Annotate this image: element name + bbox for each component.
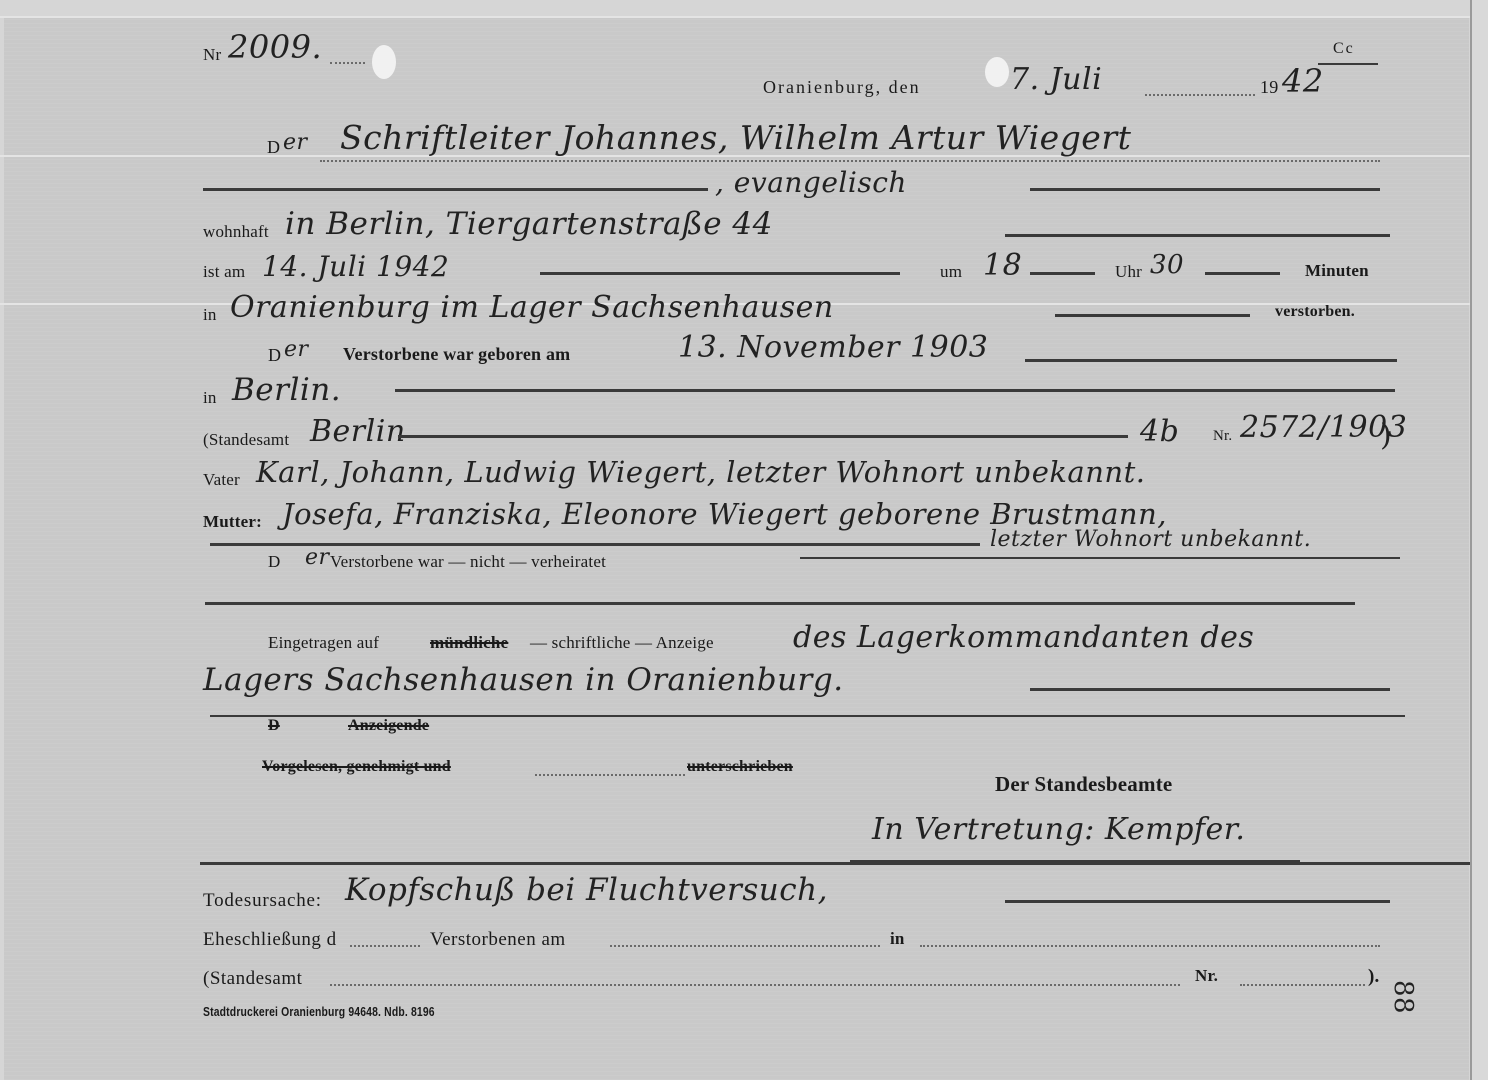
standesamt-label: (Standesamt xyxy=(203,430,289,450)
minuten-label: Minuten xyxy=(1305,261,1369,281)
dotted-line xyxy=(1145,94,1255,96)
rule xyxy=(1030,688,1390,691)
standesamt-district: 4b xyxy=(1140,414,1179,449)
dotted-line xyxy=(920,945,1380,947)
rule xyxy=(1030,188,1380,191)
eheschliessung-mid: Verstorbenen am xyxy=(430,929,566,951)
vorgelesen-label: Vorgelesen, genehmigt und xyxy=(262,758,451,776)
ist-am-label: ist am xyxy=(203,262,245,282)
anzeigende-d: D xyxy=(268,717,280,735)
todesursache-value: Kopfschuß bei Fluchtversuch, xyxy=(345,872,828,908)
mutter-label: Mutter: xyxy=(203,512,262,532)
religion: , evangelisch xyxy=(715,166,907,199)
deceased-name: Schriftleiter Johannes, Wilhelm Artur Wi… xyxy=(340,118,1131,157)
year-prefix: 19 xyxy=(1260,77,1278,98)
rule xyxy=(1318,63,1378,65)
signature: In Vertretung: Kempfer. xyxy=(872,812,1245,847)
rule xyxy=(1005,900,1390,903)
anzeige-value-1: des Lagerkommandanten des xyxy=(793,620,1254,655)
punch-hole xyxy=(985,57,1009,87)
dotted-line xyxy=(535,774,685,776)
rule xyxy=(395,389,1395,392)
printer-note: Stadtdruckerei Oranienburg 94648. Ndb. 8… xyxy=(203,1004,435,1019)
rule xyxy=(1030,272,1095,275)
dotted-line xyxy=(350,945,420,947)
um-label: um xyxy=(940,262,962,282)
card-edge xyxy=(1470,0,1488,1080)
nr-label: Nr xyxy=(203,45,221,65)
birth-date: 13. November 1903 xyxy=(678,330,988,365)
mutter-value: Josefa, Franziska, Eleonore Wiegert gebo… xyxy=(282,497,1167,531)
todesursache-label: Todesursache: xyxy=(203,890,322,912)
standesbeamte-label: Der Standesbeamte xyxy=(995,772,1172,797)
rule xyxy=(1205,272,1280,275)
date-value: 7. Juli xyxy=(1010,62,1102,97)
anzeigende-label: Anzeigende xyxy=(348,717,429,735)
birth-in-label: in xyxy=(203,388,217,408)
section-divider xyxy=(200,862,1470,865)
dotted-line xyxy=(1240,984,1365,986)
nr-value: 2009. xyxy=(228,28,322,66)
rule xyxy=(1005,234,1390,237)
standesamt2-nr: Nr. xyxy=(1195,966,1218,986)
death-place: Oranienburg im Lager Sachsenhausen xyxy=(230,290,834,325)
birth-place: Berlin. xyxy=(232,372,341,408)
place-date-label: Oranienburg, den xyxy=(763,77,921,98)
unterschrieben-label: unterschrieben xyxy=(687,758,793,776)
d-suffix: er xyxy=(283,130,308,155)
standesamt-close: ) xyxy=(1380,418,1392,453)
standesamt-nr-label: Nr. xyxy=(1213,428,1232,445)
eheschliessung-label: Eheschließung d xyxy=(203,929,337,951)
vater-value: Karl, Johann, Ludwig Wiegert, letzter Wo… xyxy=(256,455,1145,489)
rule xyxy=(1055,314,1250,317)
year-value: 42 xyxy=(1282,62,1324,100)
hour: 18 xyxy=(983,248,1022,283)
standesamt2-label: (Standesamt xyxy=(203,968,302,990)
eheschliessung-in: in xyxy=(890,929,905,949)
born-d-suffix: er xyxy=(284,337,309,362)
married-d-suffix: er xyxy=(305,545,330,570)
wohnhaft-label: wohnhaft xyxy=(203,222,269,242)
schriftliche-label: — schriftliche — Anzeige xyxy=(530,633,714,653)
verstorben-label: verstorben. xyxy=(1275,303,1355,321)
residence: in Berlin, Tiergartenstraße 44 xyxy=(285,206,773,242)
page-mark: 88 xyxy=(1388,980,1418,1014)
mutter-value-2: letzter Wohnort unbekannt. xyxy=(990,527,1311,552)
muendliche-struck: mündliche xyxy=(430,633,508,653)
rule xyxy=(203,188,708,191)
in-label: in xyxy=(203,305,217,325)
born-d-prefix: D xyxy=(268,345,281,366)
scan-artifact xyxy=(0,16,1488,18)
dotted-line xyxy=(320,160,1380,162)
anzeige-value-2: Lagers Sachsenhausen in Oranienburg. xyxy=(203,662,844,698)
eingetragen-label: Eingetragen auf xyxy=(268,633,379,653)
vater-label: Vater xyxy=(203,470,240,490)
rule xyxy=(540,272,900,275)
punch-hole xyxy=(372,45,396,79)
series-code: Cc xyxy=(1333,40,1355,58)
rule xyxy=(398,435,1128,438)
rule xyxy=(1025,359,1397,362)
standesamt2-close: ). xyxy=(1368,966,1379,988)
standesamt-value: Berlin xyxy=(310,414,406,449)
married-d-prefix: D xyxy=(268,552,280,572)
married-label: Verstorbene war — nicht — verheiratet xyxy=(330,552,606,572)
dotted-line xyxy=(330,62,365,64)
death-date: 14. Juli 1942 xyxy=(262,250,449,283)
uhr-label: Uhr xyxy=(1115,262,1142,282)
dotted-line xyxy=(330,984,1180,986)
rule xyxy=(800,557,1400,559)
born-label: Verstorbene war geboren am xyxy=(343,344,570,365)
minutes: 30 xyxy=(1150,250,1184,280)
d-prefix: D xyxy=(267,137,280,158)
dotted-line xyxy=(610,945,880,947)
rule xyxy=(205,602,1355,605)
